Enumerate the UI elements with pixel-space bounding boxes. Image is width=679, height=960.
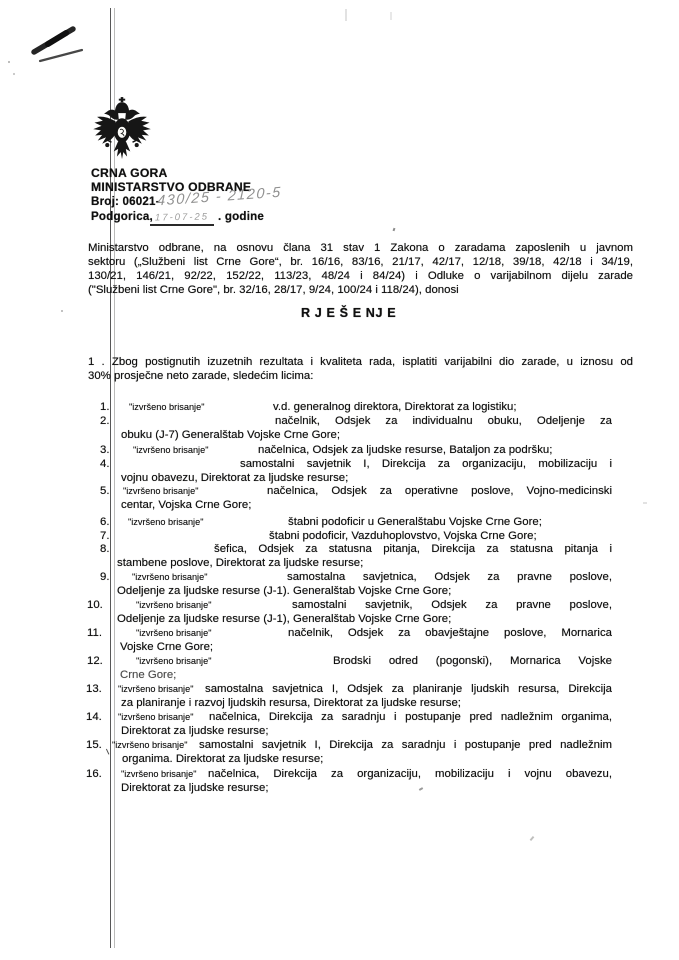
item-2-number: 2. [100, 414, 110, 428]
item-13-text: samostalna savjetnica I, Odsjek za plani… [205, 682, 612, 696]
item-2-text: načelnik, Odsjek za individualnu obuku, … [275, 414, 612, 428]
decision-line: 1 . Zbog postignutih izuzetnih rezultata… [88, 355, 633, 369]
decision-title: R J E Š E NJ E [301, 306, 396, 320]
redaction-note: "izvršeno brisanje" [118, 683, 193, 695]
item-12-text: Brodski odred (pogonski), Mornarica Vojs… [333, 654, 612, 668]
item-7-number: 7. [100, 529, 110, 543]
pen-mark-strokes [0, 0, 160, 100]
case-number-label: Broj: 06021- [91, 195, 160, 208]
item-7-text: štabni podoficir, Vazduhoplovstvo, Vojsk… [269, 529, 537, 543]
place-label: Podgorica, [91, 210, 153, 223]
item-5-number: 5. [100, 484, 110, 498]
item-4-number: 4. [100, 457, 110, 471]
scan-streak [390, 12, 392, 20]
item-11-text: načelnik, Odsjek za obavještajne poslove… [288, 626, 612, 640]
item-6-number: 6. [100, 515, 110, 529]
item-3-number: 3. [100, 443, 110, 457]
pen-tick [419, 787, 423, 791]
item-11-number: 11. [87, 626, 102, 640]
scan-speck [393, 228, 396, 232]
scan-speck [643, 502, 647, 504]
intro-line: sektoru („Službeni list Crne Gore“, br. … [88, 255, 633, 269]
redaction-note: "izvršeno brisanje" [129, 401, 204, 413]
item-15-text: samostalni savjetnik I, Direkcija za sar… [199, 738, 612, 752]
redaction-note: "izvršeno brisanje" [136, 627, 211, 639]
scan-speck [61, 310, 63, 312]
item-1-text: v.d. generalnog direktora, Direktorat za… [273, 400, 517, 414]
item-15-number: 15. [86, 738, 102, 752]
item-13-number: 13. [86, 682, 102, 696]
redaction-note: "izvršeno brisanje" [121, 768, 196, 780]
country-name: CRNA GORA [91, 166, 168, 180]
item-8-text: šefica, Odsjek za statusna pitanja, Dire… [214, 542, 612, 556]
redaction-note: "izvršeno brisanje" [112, 739, 187, 751]
item-16-text-cont: Direktorat za ljudske resurse; [121, 781, 269, 795]
item-2-text-cont: obuku (J-7) Generalštab Vojske Crne Gore… [121, 428, 340, 442]
item-13-text-cont: za planiranje i razvoj ljudskih resursa,… [121, 696, 461, 710]
item-5-text-cont: centar, Vojska Crne Gore; [121, 498, 251, 512]
item-10-text-cont: Odeljenje za ljudske resurse (J-1), Gene… [117, 612, 451, 626]
item-4-text: samostalni savjetnik I, Direkcija za org… [240, 457, 612, 471]
redaction-note: "izvršeno brisanje" [136, 655, 211, 667]
item-8-number: 8. [100, 542, 110, 556]
item-5-text: načelnica, Odsjek za operativne poslove,… [267, 484, 612, 498]
item-10-number: 10. [87, 598, 103, 612]
item-4-text-cont: vojnu obavezu, Direktorat za ljudske res… [121, 471, 348, 485]
decision-line: 30% prosječne neto zarade, sledećim lici… [88, 369, 313, 383]
item-15-text-cont: organima. Direktorat za ljudske resurse; [122, 752, 323, 766]
intro-line: Ministarstvo odbrane, na osnovu člana 31… [88, 241, 633, 255]
item-8-text-cont: stambene poslove, Direktorat za ljudske … [117, 556, 363, 570]
intro-line: 130/21, 146/21, 92/22, 152/22, 113/23, 4… [88, 269, 633, 283]
intro-line: ("Službeni list Crne Gore", br. 32/16, 2… [88, 283, 459, 297]
item-9-text-cont: Odeljenje za ljudske resurse (J-1). Gene… [117, 584, 451, 598]
item-16-number: 16. [86, 767, 102, 781]
item-12-text-cont: Crne Gore; [120, 668, 176, 682]
scan-speck [530, 836, 535, 841]
item-1-number: 1. [100, 400, 110, 414]
item-14-text: načelnica, Direkcija za saradnju i postu… [209, 710, 612, 724]
item-9-number: 9. [100, 570, 110, 584]
scan-streak [345, 9, 347, 21]
montenegro-coat-of-arms-icon [90, 97, 154, 165]
item-6-text: štabni podoficir u Generalštabu Vojske C… [288, 515, 542, 529]
redaction-note: "izvršeno brisanje" [123, 485, 198, 497]
redaction-note: "izvršeno brisanje" [128, 516, 203, 528]
redaction-note: "izvršeno brisanje" [118, 711, 193, 723]
item-16-text: načelnica, Direkcija za organizaciju, mo… [208, 767, 612, 781]
item-14-number: 14. [86, 710, 102, 724]
date-underline [150, 224, 214, 226]
item-11-text-cont: Vojske Crne Gore; [120, 640, 213, 654]
redaction-note: "izvršeno brisanje" [132, 571, 207, 583]
item-14-text-cont: Direktorat za ljudske resurse; [121, 724, 269, 738]
date-suffix: . godine [218, 210, 264, 223]
item-10-text: samostalni savjetnik, Odsjek za pravne p… [292, 598, 612, 612]
item-9-text: samostalna savjetnica, Odsjek za pravne … [287, 570, 612, 584]
redaction-note: "izvršeno brisanje" [133, 444, 208, 456]
item-3-text: načelnica, Odsjek za ljudske resurse, Ba… [258, 443, 552, 457]
item-12-number: 12. [87, 654, 103, 668]
date-handwritten: 17-07-25 [155, 212, 209, 224]
scanned-document-page: CRNA GORA MINISTARSTVO ODBRANE Broj: 060… [0, 0, 679, 960]
redaction-note: "izvršeno brisanje" [136, 599, 211, 611]
